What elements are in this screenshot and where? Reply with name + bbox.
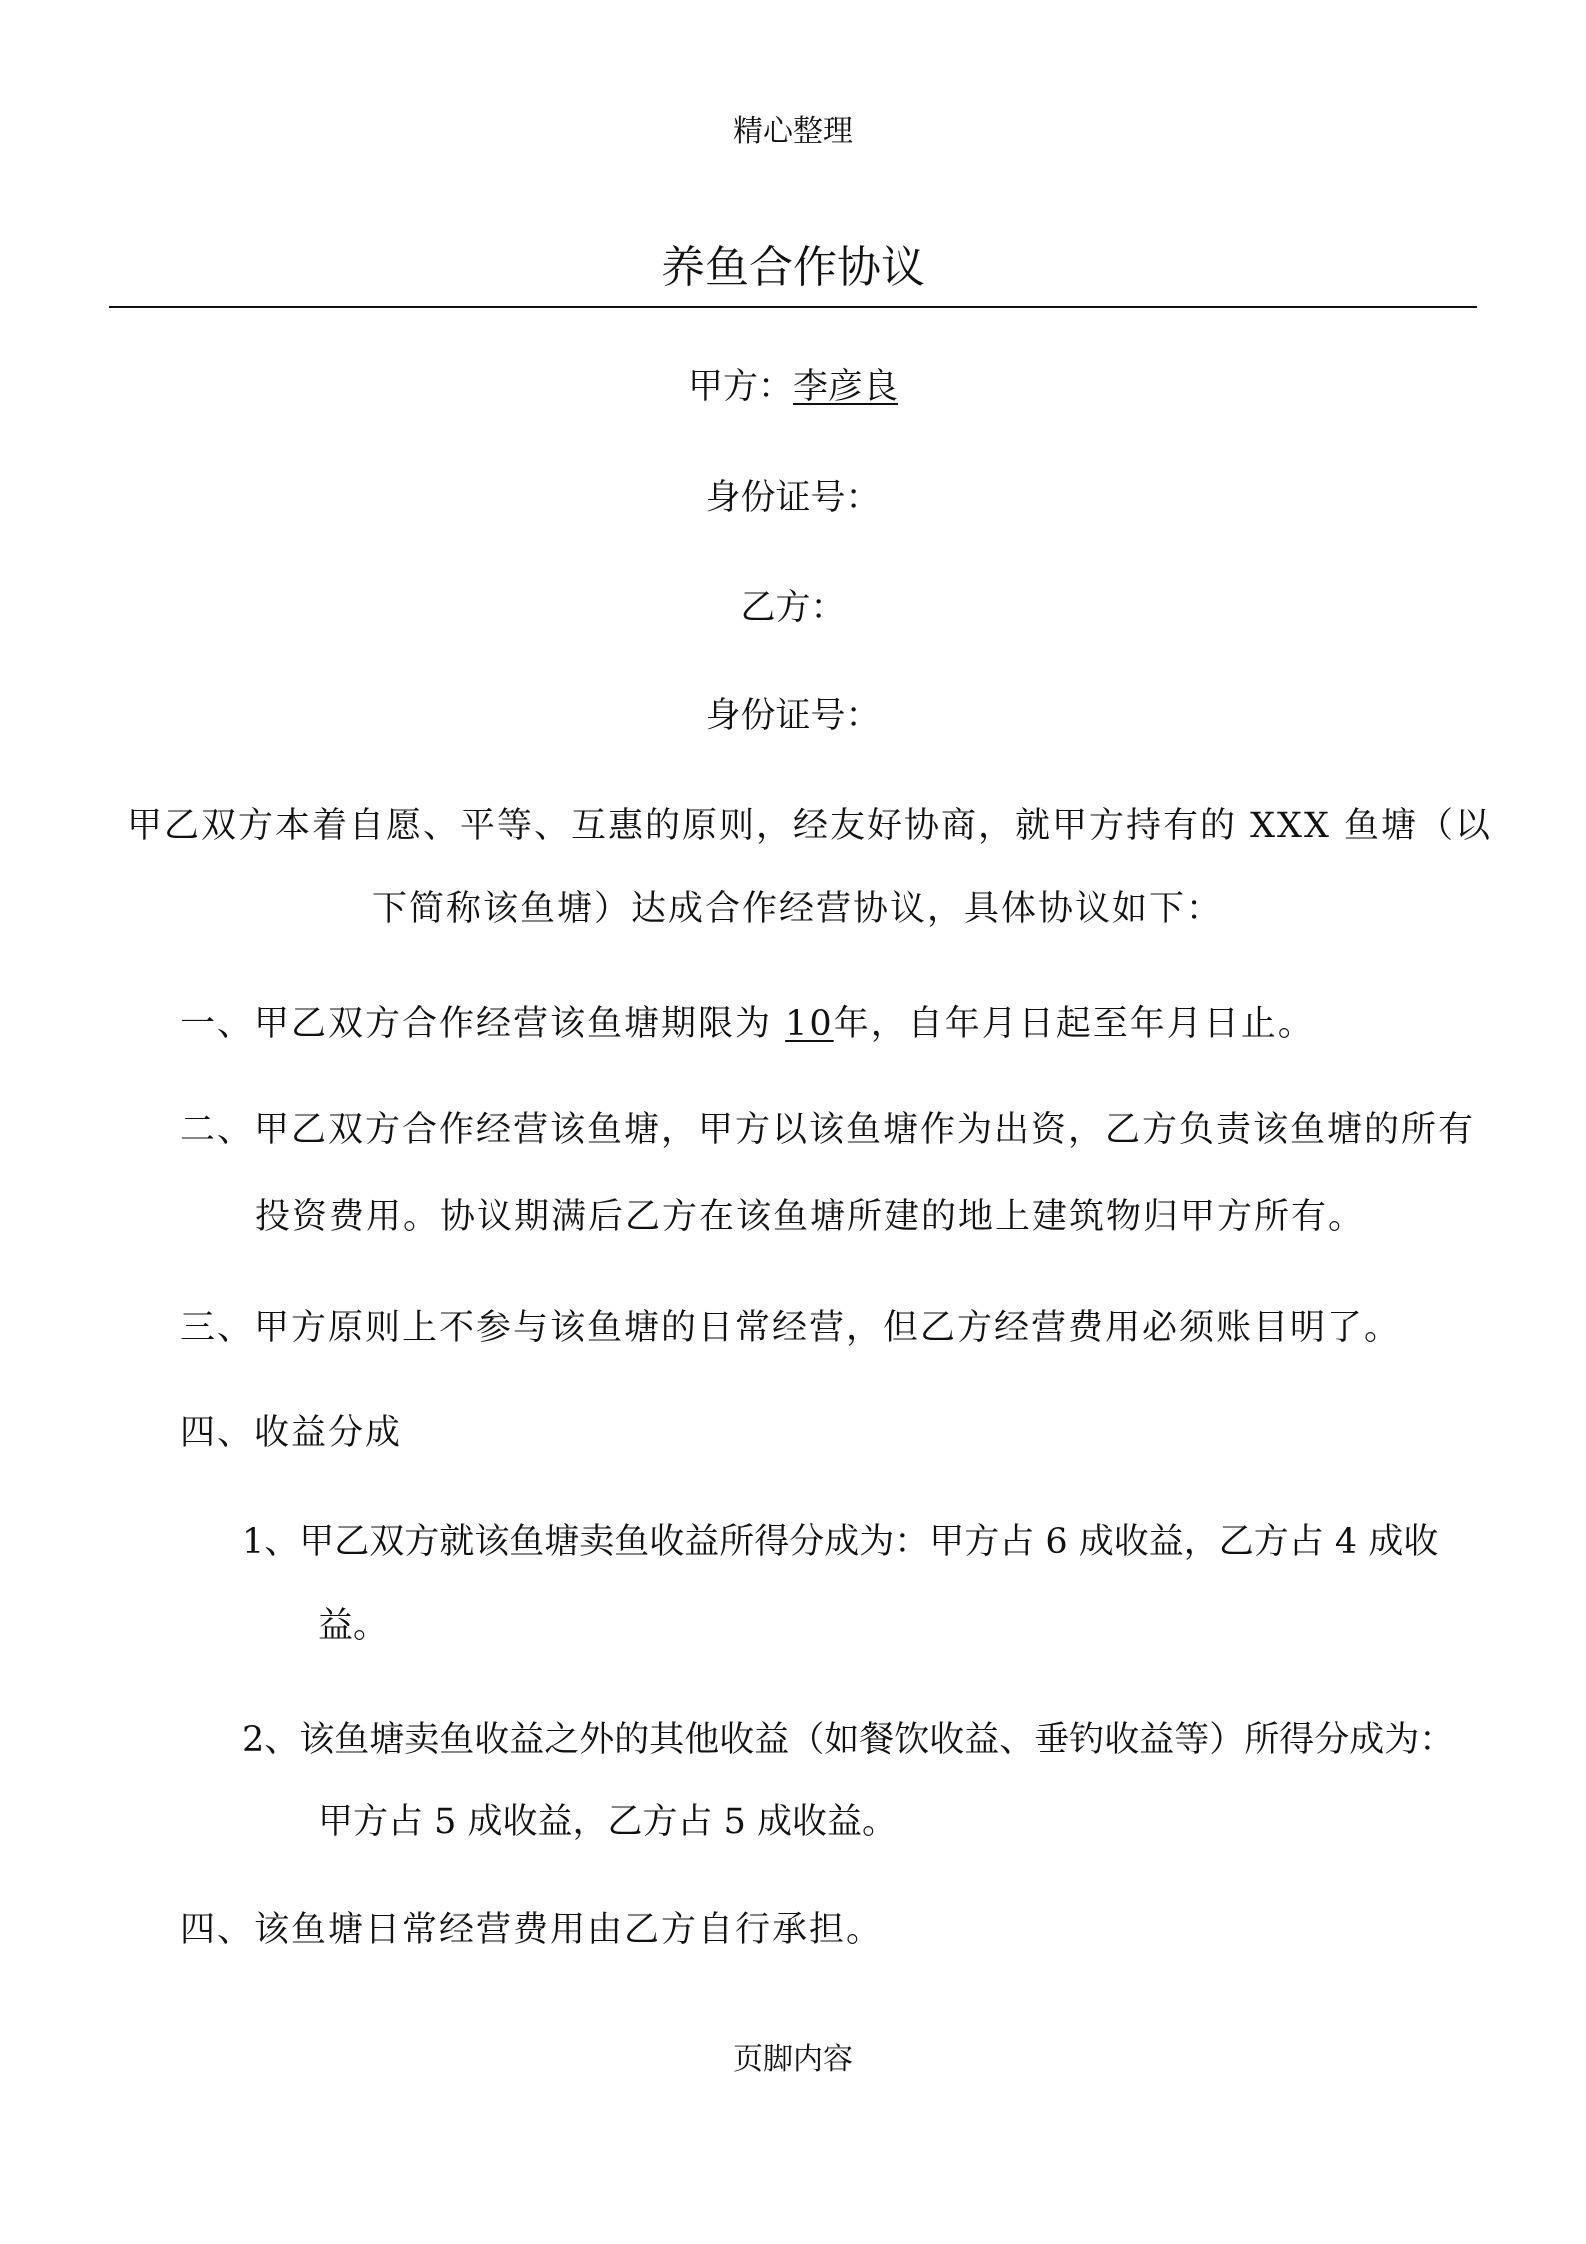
clause-3-text: 甲方原则上不参与该鱼塘的日常经营，但乙方经营费用必须账目明了。 (254, 1308, 1401, 1348)
clause-1-prefix: 一、 (180, 1004, 254, 1044)
party-b-id-label: 身份证号： (0, 696, 1586, 736)
sub-item-2-prefix: 2、 (242, 1720, 299, 1760)
page-header: 精心整理 (0, 112, 1586, 152)
clause-1: 一、甲乙双方合作经营该鱼塘期限为 10年，自年月日起至年月日止。 (180, 1004, 1315, 1044)
party-a-id-label: 身份证号： (0, 478, 1586, 518)
party-b-label: 乙方： (0, 588, 1586, 628)
clause-5-prefix: 四、 (180, 1910, 254, 1950)
clause-5: 四、该鱼塘日常经营费用由乙方自行承担。 (180, 1910, 883, 1950)
party-a-label: 甲方： (688, 367, 793, 407)
title-divider (109, 306, 1477, 308)
sub-item-1-prefix: 1、 (242, 1522, 299, 1562)
clause-2-line-1: 二、甲乙双方合作经营该鱼塘，甲方以该鱼塘作为出资，乙方负责该鱼塘的所有 (180, 1110, 1475, 1150)
clause-2-text: 甲乙双方合作经营该鱼塘，甲方以该鱼塘作为出资，乙方负责该鱼塘的所有 (254, 1110, 1475, 1150)
page-footer: 页脚内容 (0, 2040, 1586, 2080)
clause-1-text-before: 甲乙双方合作经营该鱼塘期限为 (254, 1004, 785, 1044)
clause-2-prefix: 二、 (180, 1110, 254, 1150)
clause-3-prefix: 三、 (180, 1308, 254, 1348)
party-a-name: 李彦良 (793, 367, 898, 407)
intro-line-2: 下简称该鱼塘）达成合作经营协议，具体协议如下： (372, 889, 1223, 929)
sub-item-2-text: 该鱼塘卖鱼收益之外的其他收益（如餐饮收益、垂钓收益等）所得分成为： (299, 1720, 1454, 1760)
sub-item-1-line-1: 1、甲乙双方就该鱼塘卖鱼收益所得分成为：甲方占 6 成收益，乙方占 4 成收 (242, 1522, 1438, 1562)
clause-5-text: 该鱼塘日常经营费用由乙方自行承担。 (254, 1910, 883, 1950)
document-title: 养鱼合作协议 (0, 243, 1586, 293)
clause-4-heading: 四、收益分成 (180, 1413, 402, 1453)
sub-item-2-line-1: 2、该鱼塘卖鱼收益之外的其他收益（如餐饮收益、垂钓收益等）所得分成为： (242, 1720, 1454, 1760)
clause-4-text: 收益分成 (254, 1413, 402, 1453)
sub-item-1-text: 甲乙双方就该鱼塘卖鱼收益所得分成为：甲方占 6 成收益，乙方占 4 成收 (299, 1522, 1438, 1562)
sub-item-2-line-2: 甲方占 5 成收益，乙方占 5 成收益。 (318, 1802, 897, 1842)
clause-1-term-years: 10 (785, 1004, 834, 1044)
clause-4-prefix: 四、 (180, 1413, 254, 1453)
party-a-line: 甲方：李彦良 (0, 367, 1586, 407)
clause-1-text-after: 年，自年月日起至年月日止。 (834, 1004, 1315, 1044)
clause-3: 三、甲方原则上不参与该鱼塘的日常经营，但乙方经营费用必须账目明了。 (180, 1308, 1401, 1348)
sub-item-1-line-2: 益。 (318, 1606, 388, 1646)
intro-line-1: 甲乙双方本着自愿、平等、互惠的原则，经友好协商，就甲方持有的 XXX 鱼塘（以 (127, 806, 1492, 846)
clause-2-line-2: 投资费用。协议期满后乙方在该鱼塘所建的地上建筑物归甲方所有。 (255, 1197, 1365, 1237)
